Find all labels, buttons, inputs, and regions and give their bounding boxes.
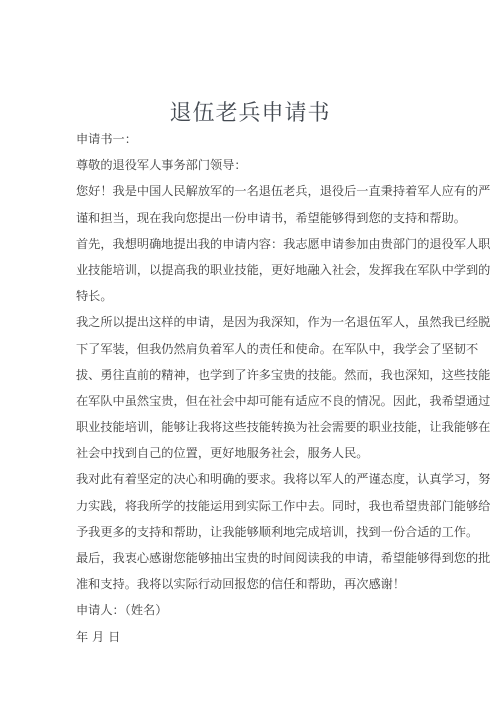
text-line: 谨和担当，现在我向您提出一份申请书，希望能够得到您的支持和帮助。 [76, 205, 428, 231]
text-line: 职业技能培训，能够让我将这些技能转换为社会需要的职业技能，让我能够在 [76, 414, 428, 440]
text-line: 您好！我是中国人民解放军的一名退伍老兵，退役后一直秉持着军人应有的严 [76, 178, 428, 204]
reason-paragraph: 我之所以提出这样的申请，是因为我深知，作为一名退伍军人，虽然我已经脱 下了军装，… [76, 309, 428, 466]
closing-paragraph: 最后，我衷心感谢您能够抽出宝贵的时间阅读我的申请，希望能够得到您的批 准和支持。… [76, 545, 428, 597]
salutation-paragraph: 尊敬的退役军人事务部门领导： [76, 152, 428, 178]
text-line: 业技能培训，以提高我的职业技能，更好地融入社会，发挥我在军队中学到的 [76, 257, 428, 283]
document-page: 退伍老兵申请书 申请书一： 尊敬的退役军人事务部门领导： 您好！我是中国人民解放… [0, 0, 500, 707]
text-line: 社会中找到自己的位置，更好地服务社会，服务人民。 [76, 440, 428, 466]
text-line: 予我更多的支持和帮助，让我能够顺利地完成培训，找到一份合适的工作。 [76, 519, 428, 545]
text-line: 首先，我想明确地提出我的申请内容：我志愿申请参加由贵部门的退役军人职 [76, 231, 428, 257]
heading-paragraph: 申请书一： [76, 126, 428, 152]
text-line: 我对此有着坚定的决心和明确的要求。我将以军人的严谨态度，认真学习，努 [76, 466, 428, 492]
text-line: 准和支持。我将以实际行动回报您的信任和帮助，再次感谢！ [76, 571, 428, 597]
request-paragraph: 首先，我想明确地提出我的申请内容：我志愿申请参加由贵部门的退役军人职 业技能培训… [76, 231, 428, 310]
text-line: 拔、勇往直前的精神，也学到了许多宝贵的技能。然而，我也深知，这些技能 [76, 362, 428, 388]
text-line: 年 月 日 [76, 624, 428, 650]
date-line: 年 月 日 [76, 624, 428, 650]
text-line: 下了军装，但我仍然肩负着军人的责任和使命。在军队中，我学会了坚韧不 [76, 336, 428, 362]
text-line: 力实践，将我所学的技能运用到实际工作中去。同时，我也希望贵部门能够给 [76, 493, 428, 519]
text-line: 最后，我衷心感谢您能够抽出宝贵的时间阅读我的申请，希望能够得到您的批 [76, 545, 428, 571]
signature-line: 申请人：（姓名） [76, 597, 428, 623]
text-line: 尊敬的退役军人事务部门领导： [76, 152, 428, 178]
text-line: 我之所以提出这样的申请，是因为我深知，作为一名退伍军人，虽然我已经脱 [76, 309, 428, 335]
commitment-paragraph: 我对此有着坚定的决心和明确的要求。我将以军人的严谨态度，认真学习，努 力实践，将… [76, 466, 428, 545]
text-line: 申请书一： [76, 126, 428, 152]
text-line: 在军队中虽然宝贵，但在社会中却可能有适应不良的情况。因此，我希望通过 [76, 388, 428, 414]
document-title: 退伍老兵申请书 [0, 99, 500, 129]
document-body: 申请书一： 尊敬的退役军人事务部门领导： 您好！我是中国人民解放军的一名退伍老兵… [76, 126, 428, 650]
intro-paragraph: 您好！我是中国人民解放军的一名退伍老兵，退役后一直秉持着军人应有的严 谨和担当，… [76, 178, 428, 230]
text-line: 申请人：（姓名） [76, 597, 428, 623]
text-line: 特长。 [76, 283, 428, 309]
